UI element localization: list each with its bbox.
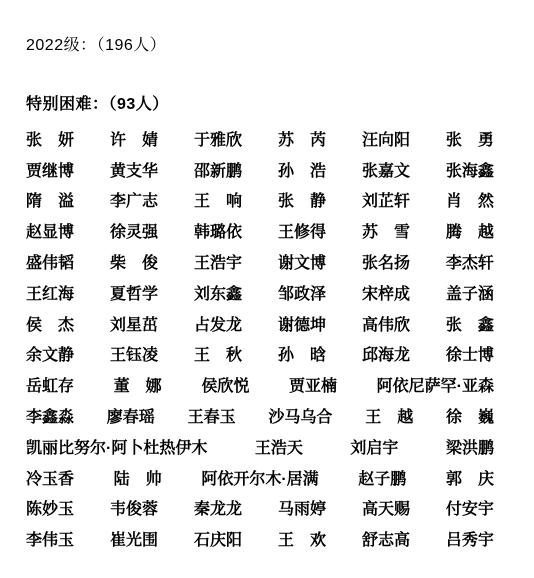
student-name: 黄支华 xyxy=(110,158,158,181)
student-name: 宋梓成 xyxy=(362,281,410,304)
student-name: 王钰凌 xyxy=(110,342,158,365)
name-row: 赵显博徐灵强韩璐依王修得苏 雪腾 越 xyxy=(26,215,494,246)
student-name: 贾亚楠 xyxy=(289,373,337,396)
student-name: 苏 雪 xyxy=(362,219,410,242)
student-name: 王修得 xyxy=(278,219,326,242)
student-name: 张 勇 xyxy=(446,127,494,150)
student-name: 邹政泽 xyxy=(278,281,326,304)
name-list: 张 妍许 婧于雅欣苏 芮汪向阳张 勇贾继博黄支华邵新鹏孙 浩张嘉文张海鑫隋 溢李… xyxy=(26,123,494,554)
student-name: 沙马乌合 xyxy=(268,404,332,427)
category-header: 特别困难：（93人） xyxy=(26,97,534,112)
name-row: 贾继博黄支华邵新鹏孙 浩张嘉文张海鑫 xyxy=(26,154,494,185)
student-name: 高天赐 xyxy=(362,496,410,519)
student-name: 李杰轩 xyxy=(446,250,494,273)
student-name: 邱海龙 xyxy=(362,342,410,365)
name-row: 凯丽比努尔·阿卜杜热伊木王浩天刘启宇梁洪鹏 xyxy=(26,431,494,462)
student-name: 秦龙龙 xyxy=(194,496,242,519)
student-name: 王浩天 xyxy=(255,435,303,458)
student-name: 张 静 xyxy=(278,188,326,211)
student-name: 张 妍 xyxy=(26,127,74,150)
student-name: 孙 浩 xyxy=(278,158,326,181)
student-name: 吕秀宇 xyxy=(446,527,494,550)
student-name: 张名扬 xyxy=(362,250,410,273)
student-name: 谢德坤 xyxy=(278,312,326,335)
student-name: 孙 晗 xyxy=(278,342,326,365)
student-name: 刘东鑫 xyxy=(194,281,242,304)
student-name: 徐 巍 xyxy=(446,404,494,427)
student-name: 陈妙玉 xyxy=(26,496,74,519)
student-name: 韦俊蓉 xyxy=(110,496,158,519)
name-row: 冷玉香陆 帅阿依开尔木·居满赵子鹏郭 庆 xyxy=(26,462,494,493)
student-name: 汪向阳 xyxy=(362,127,410,150)
student-name: 肖 然 xyxy=(446,188,494,211)
student-name: 于雅欣 xyxy=(194,127,242,150)
student-name: 岳虹存 xyxy=(26,373,74,396)
name-row: 余文静王钰凌王 秋孙 晗邱海龙徐士博 xyxy=(26,339,494,370)
student-name: 刘芷轩 xyxy=(362,188,410,211)
student-name: 冷玉香 xyxy=(26,466,74,489)
student-name: 郭 庆 xyxy=(446,466,494,489)
student-name: 柴 俊 xyxy=(110,250,158,273)
student-name: 王 秋 xyxy=(194,342,242,365)
name-row: 盛伟韬柴 俊王浩宇谢文博张名扬李杰轩 xyxy=(26,246,494,277)
student-name: 侯欣悦 xyxy=(201,373,249,396)
student-name: 刘星茁 xyxy=(110,312,158,335)
student-name: 王春玉 xyxy=(188,404,236,427)
student-name: 刘启宇 xyxy=(350,435,398,458)
name-row: 陈妙玉韦俊蓉秦龙龙马雨婷高天赐付安宇 xyxy=(26,493,494,524)
student-name: 王红海 xyxy=(26,281,74,304)
student-name: 侯 杰 xyxy=(26,312,74,335)
student-name: 谢文博 xyxy=(278,250,326,273)
student-name: 张 鑫 xyxy=(446,312,494,335)
student-name: 廖春瑶 xyxy=(107,404,155,427)
student-name: 赵子鹏 xyxy=(358,466,406,489)
student-name: 徐灵强 xyxy=(110,219,158,242)
student-name: 崔光围 xyxy=(110,527,158,550)
student-name: 石庆阳 xyxy=(194,527,242,550)
student-name: 马雨婷 xyxy=(278,496,326,519)
student-name: 董 娜 xyxy=(114,373,162,396)
student-name: 凯丽比努尔·阿卜杜热伊木 xyxy=(26,435,207,458)
student-name: 隋 溢 xyxy=(26,188,74,211)
student-name: 邵新鹏 xyxy=(194,158,242,181)
name-row: 侯 杰刘星茁占发龙谢德坤高伟欣张 鑫 xyxy=(26,308,494,339)
student-name: 占发龙 xyxy=(194,312,242,335)
document-page: 2022级：（196人） 特别困难：（93人） 张 妍许 婧于雅欣苏 芮汪向阳张… xyxy=(0,0,534,578)
student-name: 梁洪鹏 xyxy=(446,435,494,458)
name-row: 李鑫淼廖春瑶王春玉沙马乌合王 越徐 巍 xyxy=(26,400,494,431)
name-row: 王红海夏哲学刘东鑫邹政泽宋梓成盖子涵 xyxy=(26,277,494,308)
student-name: 王 响 xyxy=(194,188,242,211)
name-row: 隋 溢李广志王 响张 静刘芷轩肖 然 xyxy=(26,185,494,216)
student-name: 阿依尼萨罕·亚森 xyxy=(377,373,494,396)
student-name: 夏哲学 xyxy=(110,281,158,304)
student-name: 舒志高 xyxy=(362,527,410,550)
student-name: 韩璐依 xyxy=(194,219,242,242)
student-name: 张嘉文 xyxy=(362,158,410,181)
name-row: 李伟玉崔光围石庆阳王 欢舒志高吕秀宇 xyxy=(26,523,494,554)
name-row: 张 妍许 婧于雅欣苏 芮汪向阳张 勇 xyxy=(26,123,494,154)
student-name: 余文静 xyxy=(26,342,74,365)
student-name: 王 欢 xyxy=(278,527,326,550)
student-name: 高伟欣 xyxy=(362,312,410,335)
student-name: 苏 芮 xyxy=(278,127,326,150)
student-name: 王浩宇 xyxy=(194,250,242,273)
student-name: 腾 越 xyxy=(446,219,494,242)
student-name: 陆 帅 xyxy=(114,466,162,489)
student-name: 徐士博 xyxy=(446,342,494,365)
student-name: 付安宇 xyxy=(446,496,494,519)
student-name: 王 越 xyxy=(365,404,413,427)
student-name: 盖子涵 xyxy=(446,281,494,304)
grade-header: 2022级：（196人） xyxy=(26,38,534,53)
student-name: 李鑫淼 xyxy=(26,404,74,427)
name-row: 岳虹存董 娜侯欣悦贾亚楠阿依尼萨罕·亚森 xyxy=(26,369,494,400)
student-name: 盛伟韬 xyxy=(26,250,74,273)
student-name: 许 婧 xyxy=(110,127,158,150)
student-name: 贾继博 xyxy=(26,158,74,181)
student-name: 赵显博 xyxy=(26,219,74,242)
student-name: 李伟玉 xyxy=(26,527,74,550)
student-name: 李广志 xyxy=(110,188,158,211)
student-name: 张海鑫 xyxy=(446,158,494,181)
student-name: 阿依开尔木·居满 xyxy=(201,466,318,489)
